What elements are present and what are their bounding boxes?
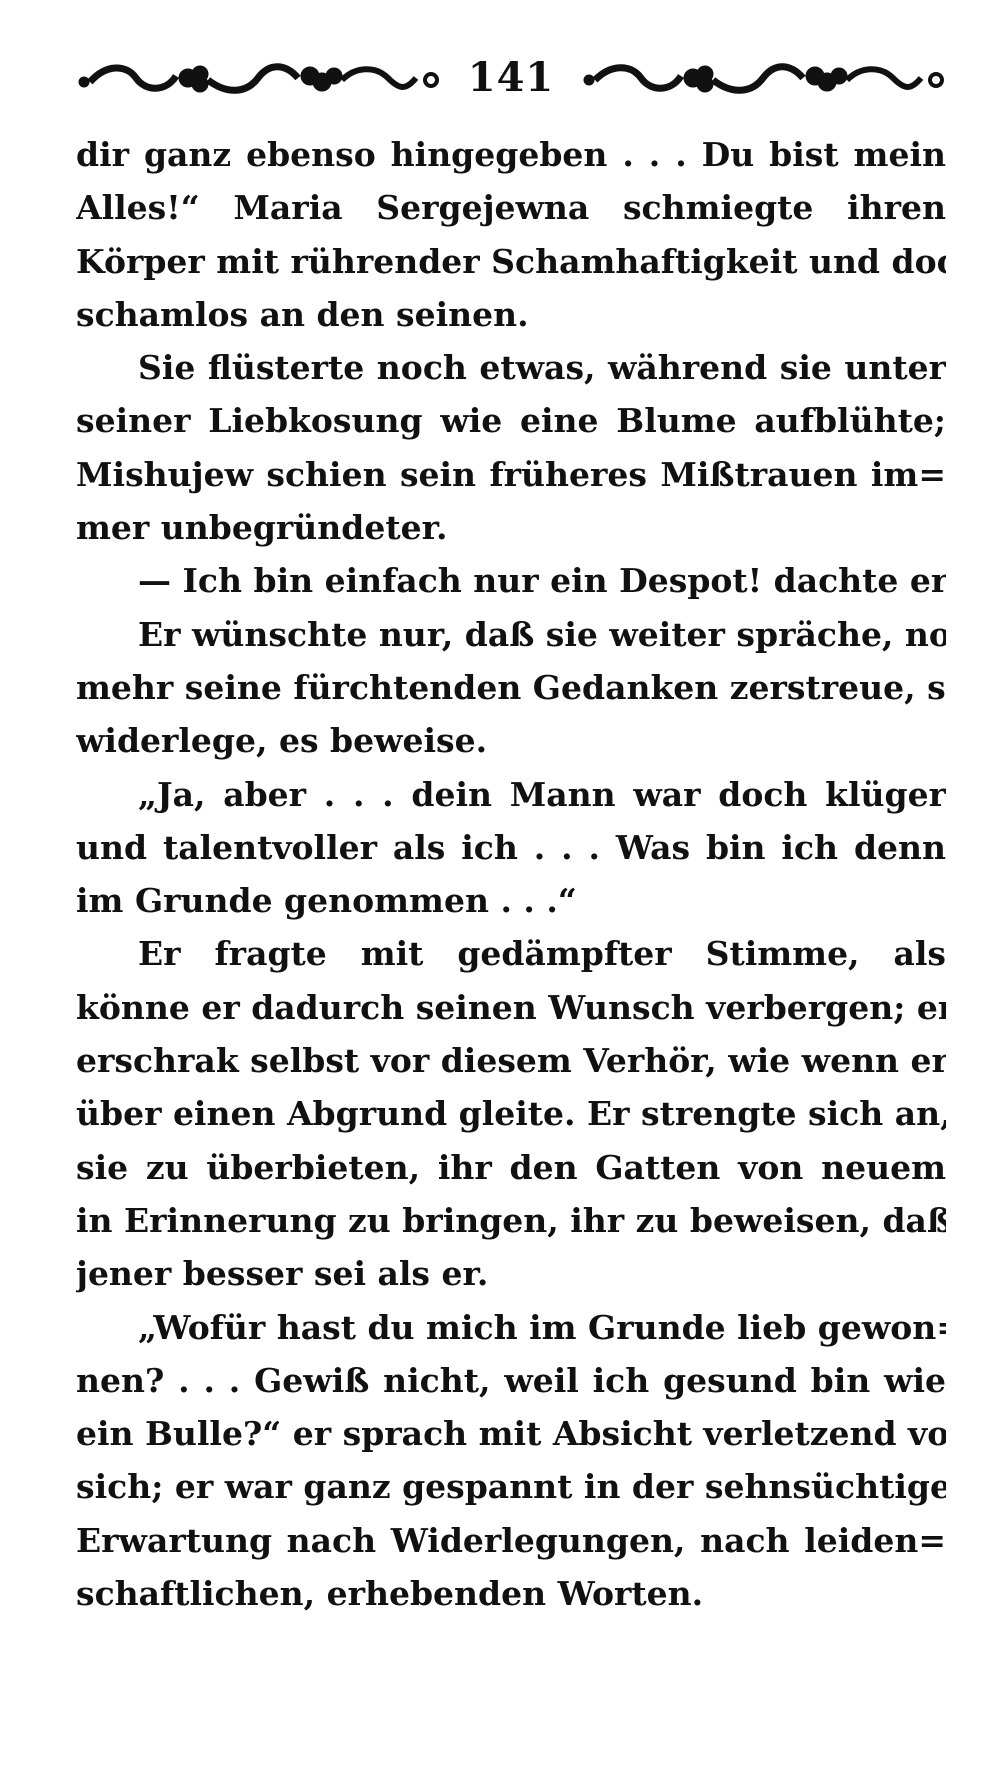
paragraph: — Ich bin einfach nur ein Despot! dachte… — [76, 554, 946, 607]
text-line: dir ganz ebenso hingegeben . . . Du bist… — [76, 128, 946, 181]
text-line: „Ja, aber . . . dein Mann war doch klüge… — [76, 768, 946, 821]
text-line: seiner Liebkosung wie eine Blume aufblüh… — [76, 394, 946, 447]
text-line: Mishujew schien sein früheres Mißtrauen … — [76, 448, 946, 501]
text-line: könne er dadurch seinen Wunsch verbergen… — [76, 981, 946, 1034]
text-line: Alles!“ Maria Sergejewna schmiegte ihren — [76, 181, 946, 234]
left-ornament-icon — [76, 60, 441, 96]
paragraph: Er fragte mit gedämpfter Stimme, als kön… — [76, 927, 946, 1300]
text-line: sich; er war ganz gespannt in der sehnsü… — [76, 1460, 946, 1513]
paragraph: dir ganz ebenso hingegeben . . . Du bist… — [76, 128, 946, 341]
text-line: Erwartung nach Widerlegungen, nach leide… — [76, 1514, 946, 1567]
text-line: schaftlichen, erhebenden Worten. — [76, 1567, 946, 1620]
text-line: nen? . . . Gewiß nicht, weil ich gesund … — [76, 1354, 946, 1407]
text-line: „Wofür hast du mich im Grunde lieb gewon… — [76, 1301, 946, 1354]
page-body: dir ganz ebenso hingegeben . . . Du bist… — [76, 128, 946, 1620]
text-line: schamlos an den seinen. — [76, 288, 946, 341]
text-line: — Ich bin einfach nur ein Despot! dachte… — [76, 554, 946, 607]
text-line: erschrak selbst vor diesem Verhör, wie w… — [76, 1034, 946, 1087]
text-line: jener besser sei als er. — [76, 1247, 946, 1300]
text-line: Er fragte mit gedämpfter Stimme, als — [76, 927, 946, 980]
right-ornament-icon — [581, 60, 946, 96]
text-line: in Erinnerung zu bringen, ihr zu beweise… — [76, 1194, 946, 1247]
text-line: Sie flüsterte noch etwas, während sie un… — [76, 341, 946, 394]
text-line: ein Bulle?“ er sprach mit Absicht verlet… — [76, 1407, 946, 1460]
text-line: Körper mit rührender Schamhaftigkeit und… — [76, 235, 946, 288]
text-line: und talentvoller als ich . . . Was bin i… — [76, 821, 946, 874]
paragraph: „Wofür hast du mich im Grunde lieb gewon… — [76, 1301, 946, 1621]
paragraph: Er wünschte nur, daß sie weiter spräche,… — [76, 608, 946, 768]
text-line: mer unbegründeter. — [76, 501, 946, 554]
text-line: Er wünschte nur, daß sie weiter spräche,… — [76, 608, 946, 661]
text-line: mehr seine fürchtenden Gedanken zerstreu… — [76, 661, 946, 714]
page-header: 141 — [76, 48, 946, 108]
text-line: sie zu überbieten, ihr den Gatten von ne… — [76, 1141, 946, 1194]
paragraph: Sie flüsterte noch etwas, während sie un… — [76, 341, 946, 554]
text-line: widerlege, es beweise. — [76, 714, 946, 767]
text-line: über einen Abgrund gleite. Er strengte s… — [76, 1087, 946, 1140]
text-line: im Grunde genommen . . .“ — [76, 874, 946, 927]
page-number: 141 — [468, 58, 555, 98]
book-page: 141 dir ganz ebenso hingegeben . . . Du … — [0, 0, 1006, 1778]
paragraph: „Ja, aber . . . dein Mann war doch klüge… — [76, 768, 946, 928]
